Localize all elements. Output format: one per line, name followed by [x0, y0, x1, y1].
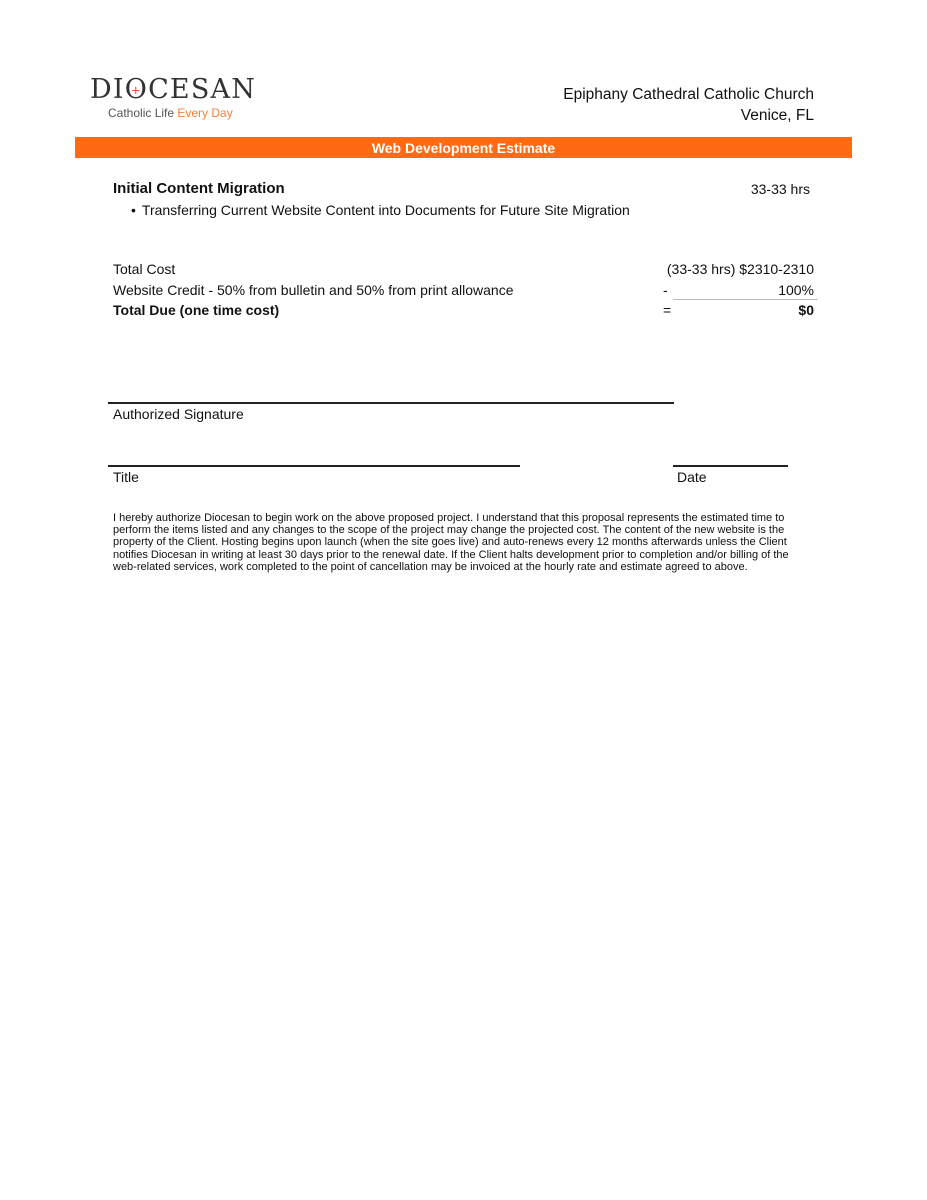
logo-word-start: DI	[90, 74, 125, 105]
list-item-text: Transferring Current Website Content int…	[142, 202, 630, 218]
diocesan-logo: DIO+CESAN Catholic Life Every Day	[90, 76, 256, 120]
logo-wordmark: DIO+CESAN	[90, 76, 256, 103]
logo-tagline: Catholic Life Every Day	[108, 106, 256, 120]
title-line[interactable]	[108, 465, 520, 467]
subtotal-divider	[673, 299, 818, 300]
logo-word-end: CESAN	[148, 74, 256, 105]
client-info: Epiphany Cathedral Catholic Church Venic…	[563, 84, 814, 126]
total-due-label: Total Due (one time cost)	[113, 302, 279, 318]
credit-operator: -	[663, 282, 668, 298]
section-title: Initial Content Migration	[113, 180, 285, 197]
list-item: •Transferring Current Website Content in…	[131, 202, 630, 218]
section-hours: 33-33 hrs	[751, 181, 810, 197]
authorized-signature-line[interactable]	[108, 402, 674, 404]
client-location: Venice, FL	[563, 105, 814, 126]
total-cost-label: Total Cost	[113, 261, 175, 277]
total-due-value: $0	[798, 302, 814, 318]
total-cost-value: (33-33 hrs) $2310-2310	[667, 261, 814, 277]
bullet-icon: •	[131, 202, 136, 218]
credit-value: 100%	[778, 282, 814, 298]
credit-label: Website Credit - 50% from bulletin and 5…	[113, 282, 513, 298]
logo-cross-o: O+	[125, 76, 148, 103]
date-line[interactable]	[673, 465, 788, 467]
estimate-banner: Web Development Estimate	[75, 137, 852, 158]
total-due-operator: =	[663, 302, 671, 318]
title-label: Title	[113, 469, 139, 485]
cross-icon: +	[131, 83, 141, 98]
tagline-accent: Every Day	[177, 106, 232, 120]
authorization-terms: I hereby authorize Diocesan to begin wor…	[113, 512, 813, 573]
date-label: Date	[677, 469, 707, 485]
client-name: Epiphany Cathedral Catholic Church	[563, 84, 814, 105]
tagline-plain: Catholic Life	[108, 106, 177, 120]
authorized-signature-label: Authorized Signature	[113, 406, 244, 422]
